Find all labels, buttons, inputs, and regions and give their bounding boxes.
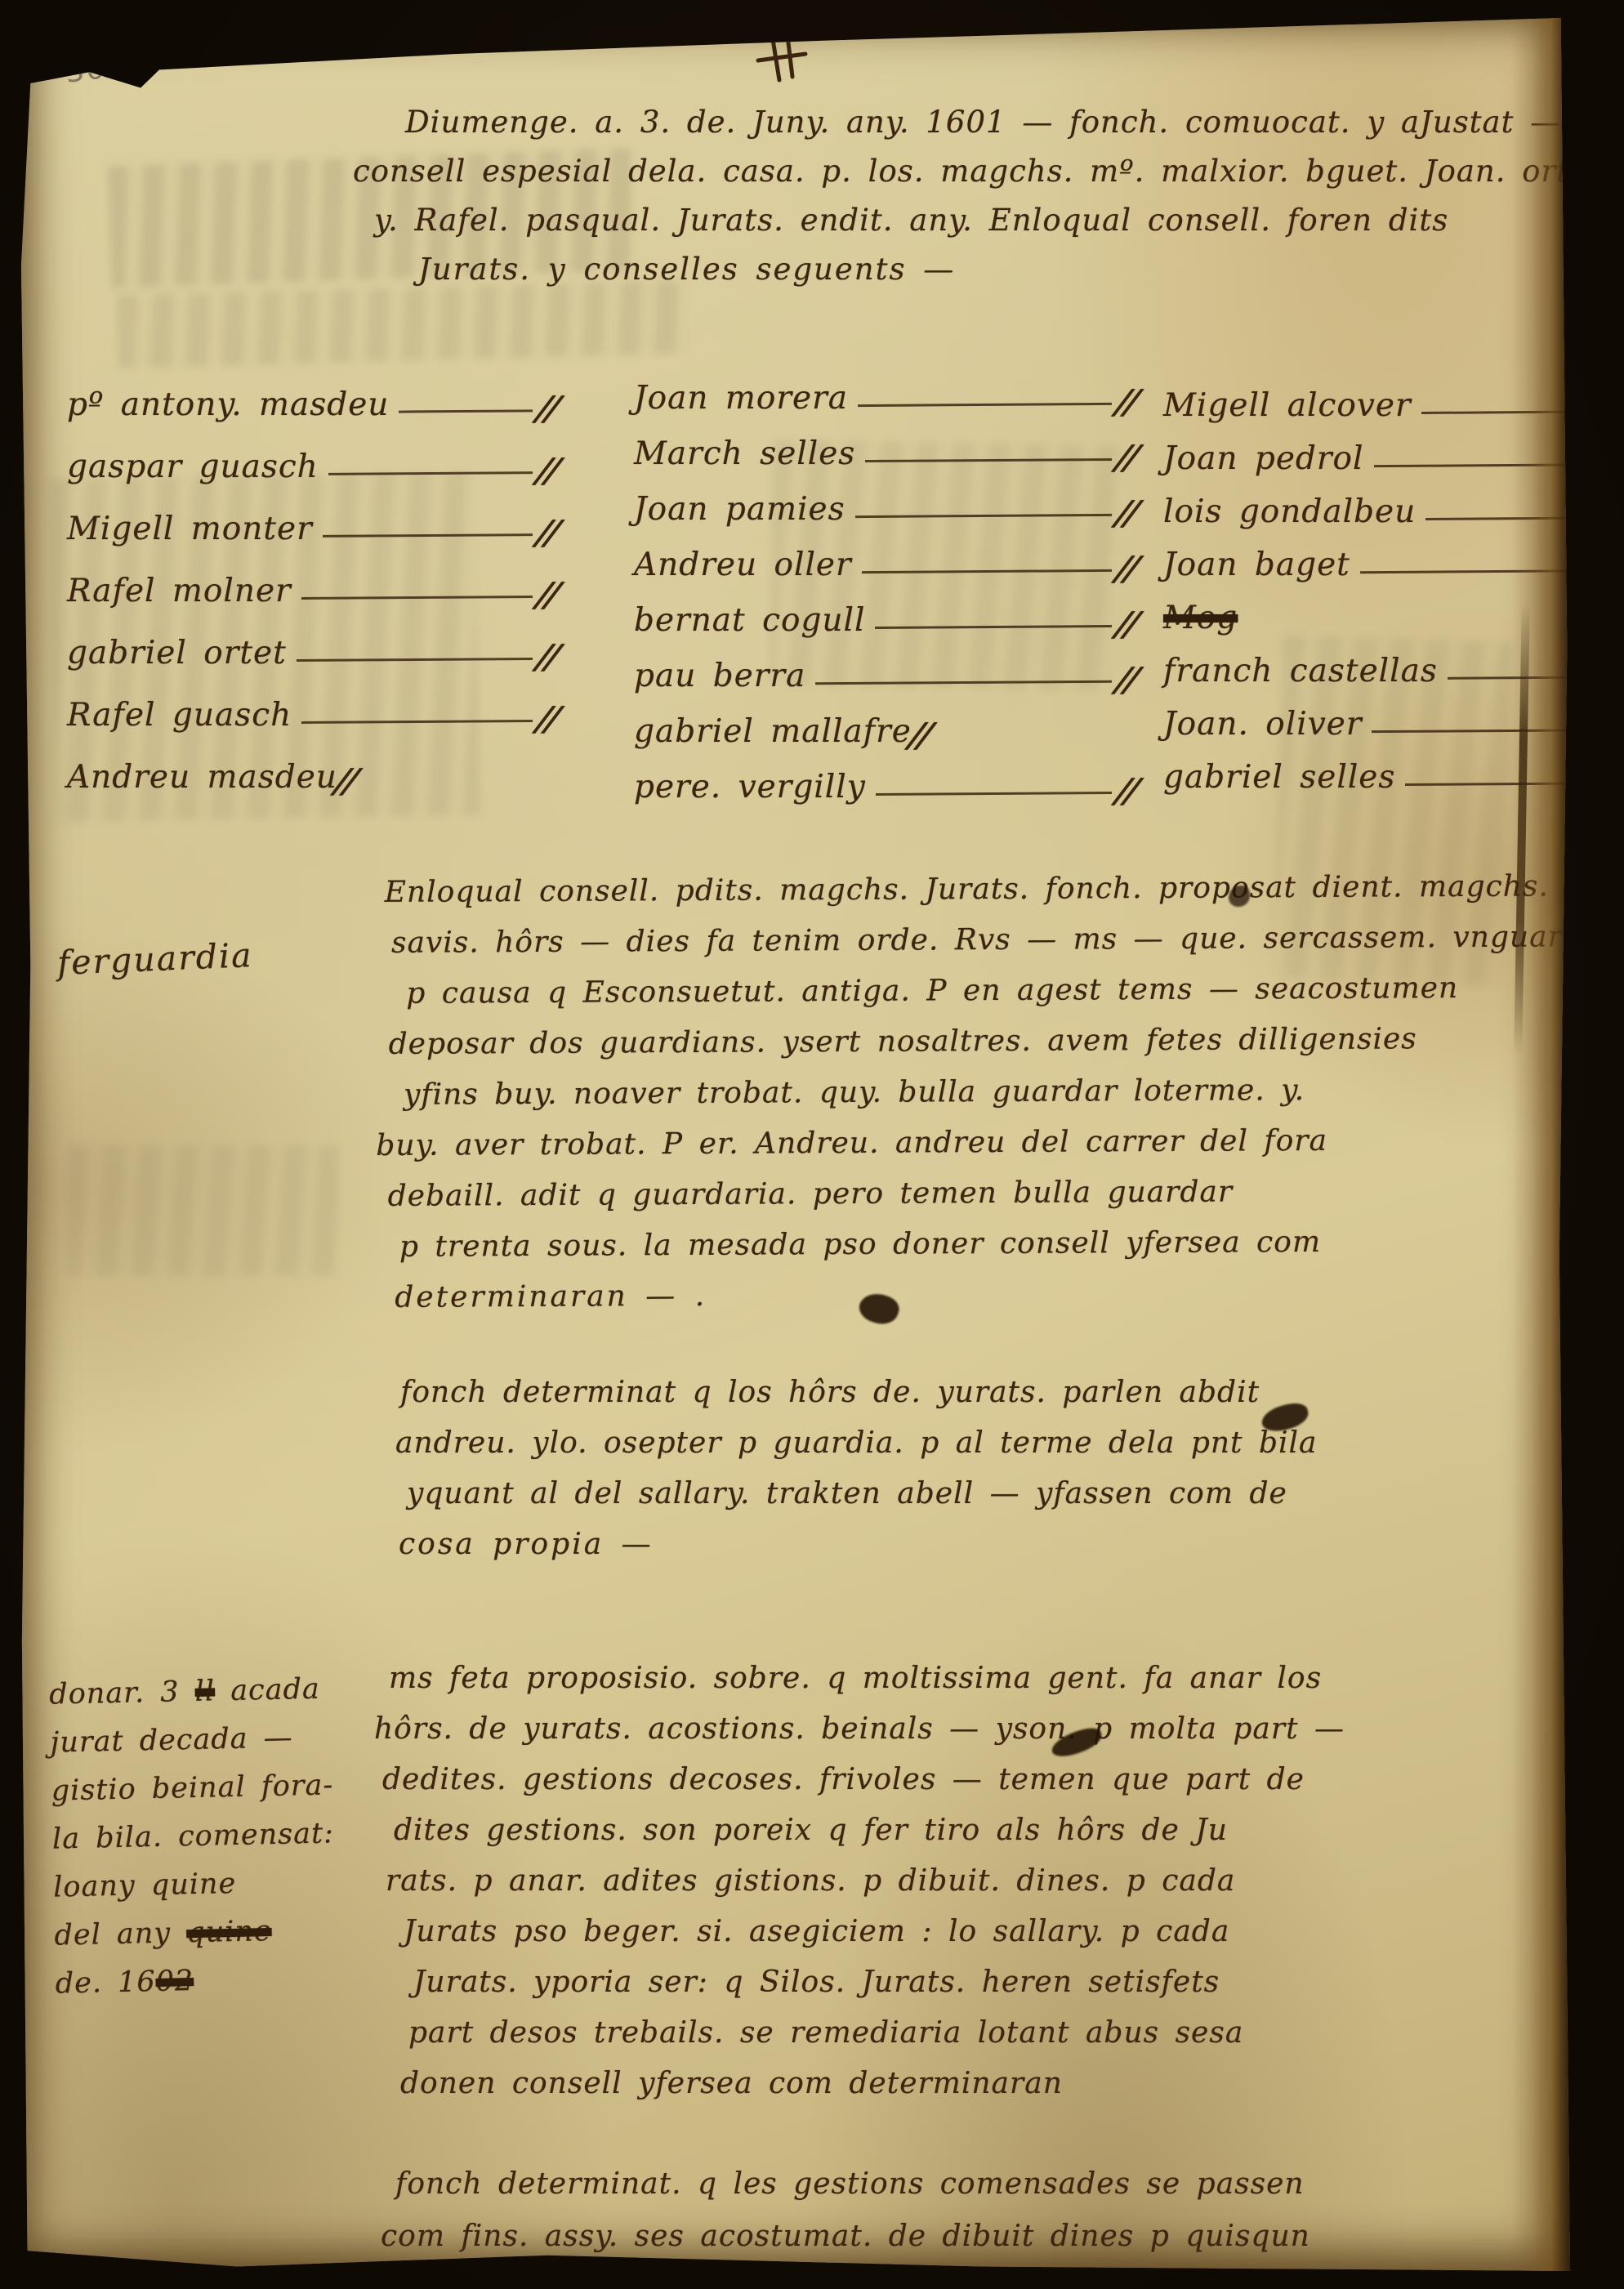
manuscript-line: y. Rafel. pasqual. Jurats. endit. any. E…: [374, 196, 1601, 245]
manuscript-line: p trenta sous. la mesada pso doner conse…: [399, 1216, 1613, 1273]
council-member-row: Joan. oliver//: [1163, 689, 1624, 743]
council-member-name: gabriel selles: [1163, 759, 1395, 796]
manuscript-line: andreu. ylo. osepter p guardia. p al ter…: [395, 1418, 1318, 1469]
manuscript-line: del any quine: [54, 1906, 337, 1960]
tally-mark: //: [1113, 493, 1140, 533]
tally-mark: //: [1113, 605, 1140, 644]
council-member-row: Andreu oller//: [634, 528, 1136, 583]
council-member-name: Joan. oliver: [1163, 706, 1362, 743]
manuscript-line: Diumenge. a. 3. de. Juny. any. 1601 — fo…: [405, 98, 1601, 147]
manuscript-line: Jurats. yporia ser: q Silos. Jurats. her…: [413, 1957, 1345, 2008]
council-member-name: Rafel molner: [67, 573, 292, 609]
manuscript-line: com fins. assy. ses acostumat. de dibuit…: [381, 2211, 1310, 2263]
manuscript-line: jurat decada —: [50, 1713, 333, 1767]
council-member-name: lois gondalbeu: [1163, 493, 1416, 530]
manuscript-line: donar. 3 ll acada: [49, 1665, 332, 1719]
manuscript-line: ms feta proposisio. sobre. q moltissima …: [389, 1653, 1345, 1704]
name-rule-line: [815, 680, 1112, 685]
manuscript-line: fonch determinat. q les gestions comensa…: [395, 2158, 1310, 2211]
council-member-name: Joan pedrol: [1163, 440, 1364, 477]
name-rule-line: [301, 596, 533, 600]
manuscript-line: part desos trebails. se remediaria lotan…: [408, 2008, 1345, 2059]
council-member-name: franch castellas: [1163, 653, 1438, 689]
manuscript-line: determinaran — .: [395, 1266, 1613, 1323]
manuscript-line: Jurats pso beger. si. asegiciem : lo sal…: [404, 1907, 1345, 1957]
tally-mark: //: [1113, 660, 1140, 699]
tally-mark: //: [533, 637, 561, 676]
manuscript-line: yfins buy. noaver trobat. quy. bulla gua…: [404, 1064, 1612, 1121]
manuscript-line: debaill. adit q guardaria. pero temen bu…: [387, 1165, 1612, 1222]
council-member-name: Mog: [1163, 600, 1238, 636]
session-heading: Diumenge. a. 3. de. Juny. any. 1601 — fo…: [330, 98, 1601, 294]
council-member-row: Migell monter//: [67, 485, 557, 547]
manuscript-line: Jurats. y conselles seguents —: [418, 245, 1601, 294]
council-member-name: gabriel ortet: [67, 635, 287, 672]
paragraph-proposal-gestions: ms feta proposisio. sobre. q moltissima …: [389, 1653, 1345, 2109]
council-member-name: bernat cogull: [634, 602, 865, 639]
name-rule-line: [297, 658, 533, 662]
council-member-row: pau berra//: [634, 639, 1136, 694]
manuscript-line: fonch determinat q los hôrs de. yurats. …: [400, 1368, 1318, 1418]
council-member-row: pº antony. masdeu//: [67, 361, 557, 423]
tally-mark: //: [1113, 438, 1140, 477]
council-member-row: Rafel guasch//: [67, 672, 557, 734]
name-rule-line: [301, 720, 533, 724]
council-member-name: Joan pamies: [634, 491, 845, 528]
manuscript-line: dedites. gestions decoses. frivoles — te…: [382, 1755, 1345, 1805]
manuscript-line: Enloqual consell. pdits. magchs. Jurats.…: [385, 861, 1611, 918]
margin-note-fer-guardia: ferguardia: [56, 935, 253, 983]
tally-mark: //: [1113, 382, 1140, 422]
council-member-row: gabriel ortet//: [67, 609, 557, 672]
council-member-name: Joan morera: [634, 380, 848, 417]
manuscript-line: donen consell yfersea com determinaran: [400, 2059, 1345, 2109]
tally-mark: //: [533, 699, 561, 738]
council-member-name: gabriel mallafre: [634, 713, 912, 750]
council-member-row: Joan baget//: [1163, 530, 1624, 583]
manuscript-line: buy. aver trobat. P er. Andreu. andreu d…: [376, 1114, 1612, 1171]
paragraph-proposal-guardia: Enloqual consell. pdits. magchs. Jurats.…: [385, 861, 1613, 1323]
council-name-column-3: Migell alcover//Joan pedrol//lois gondal…: [1163, 371, 1624, 796]
council-member-name: Andreu masdeu: [67, 759, 337, 796]
manuscript-line: consell espesial dela. casa. p. los. mag…: [353, 147, 1601, 196]
manuscript-line: loany quine: [53, 1858, 337, 1912]
tally-mark: //: [1113, 549, 1140, 588]
name-rule-line: [328, 471, 533, 475]
council-member-name: pere. vergilly: [634, 769, 866, 805]
council-member-name: pau berra: [634, 658, 805, 694]
manuscript-line: cosa propia —: [399, 1519, 1318, 1570]
council-member-row: Joan pamies//: [634, 472, 1136, 528]
manuscript-line: p causa q Esconsuetut. antiga. P en ages…: [406, 962, 1611, 1020]
margin-note-donar-3-lliures: donar. 3 ll acadajurat decada —gistio be…: [49, 1665, 338, 2008]
tally-mark: //: [533, 389, 561, 428]
council-member-name: gaspar guasch: [67, 448, 319, 485]
tally-mark: //: [533, 513, 561, 552]
name-rule-line: [323, 533, 533, 538]
manuscript-line: gistio beinal fora-: [51, 1761, 334, 1815]
council-member-row: bernat cogull//: [634, 583, 1136, 639]
name-rule-line: [399, 409, 533, 413]
council-member-row: franch castellas//: [1163, 636, 1624, 689]
manuscript-line: savis. hôrs — dies fa tenim orde. Rvs — …: [391, 912, 1611, 969]
council-member-row: lois gondalbeu//: [1163, 477, 1624, 530]
manuscript-line: yquant al del sallary. trakten abell — y…: [407, 1469, 1318, 1519]
council-member-row: Andreu masdeu//: [67, 734, 557, 796]
council-member-row: gabriel mallafre//: [634, 694, 1136, 750]
name-rule-line: [865, 458, 1112, 462]
council-member-row: pere. vergilly//: [634, 750, 1136, 805]
council-member-row: Joan morera//: [634, 361, 1136, 417]
name-rule-line: [855, 514, 1112, 518]
tally-mark: //: [533, 451, 561, 490]
council-member-row: March selles//: [634, 417, 1136, 472]
ink-bleedthrough: [69, 1145, 338, 1276]
paragraph-determination-guardia: fonch determinat q los hôrs de. yurats. …: [400, 1368, 1318, 1570]
council-member-name: Migell alcover: [1163, 387, 1412, 424]
manuscript-line: deposar dos guardians. ysert nosaltres. …: [389, 1013, 1612, 1070]
council-member-name: Andreu oller: [634, 547, 852, 583]
tally-mark: //: [1113, 771, 1140, 810]
council-member-row: Migell alcover//: [1163, 371, 1624, 424]
manuscript-line: hôrs. de yurats. acostions. beinals — ys…: [374, 1704, 1345, 1755]
paragraph-determination-gestions: fonch determinat. q les gestions comensa…: [395, 2158, 1310, 2263]
name-rule-line: [858, 403, 1112, 407]
name-rule-line: [875, 625, 1112, 629]
council-member-row: gaspar guasch//: [67, 423, 557, 485]
council-member-name: pº antony. masdeu: [67, 386, 389, 423]
name-rule-line: [876, 792, 1112, 796]
council-member-row: Joan pedrol//: [1163, 424, 1624, 477]
council-member-row: Rafel molner//: [67, 547, 557, 609]
manuscript-line: la bila. comensat:: [51, 1809, 335, 1863]
council-name-column-1: pº antony. masdeu//gaspar guasch//Migell…: [67, 361, 557, 796]
council-member-name: Joan baget: [1163, 547, 1350, 583]
council-member-row: gabriel selles//: [1163, 743, 1624, 796]
council-member-row: Mog: [1163, 583, 1624, 636]
council-member-name: March selles: [634, 435, 855, 472]
manuscript-line: rats. p anar. adites gistions. p dibuit.…: [386, 1856, 1345, 1907]
manuscript-page: 30 Diumenge. a. 3. de. Juny. any. 1601 —…: [20, 18, 1572, 2271]
council-member-name: Rafel guasch: [67, 697, 292, 734]
manuscript-line: dites gestions. son poreix q fer tiro al…: [394, 1805, 1345, 1856]
council-name-column-2: Joan morera//March selles//Joan pamies//…: [634, 361, 1136, 805]
manuscript-line: de. 1602: [55, 1954, 338, 2008]
tally-mark: //: [533, 575, 561, 614]
council-member-name: Migell monter: [67, 511, 313, 547]
name-rule-line: [862, 569, 1112, 573]
